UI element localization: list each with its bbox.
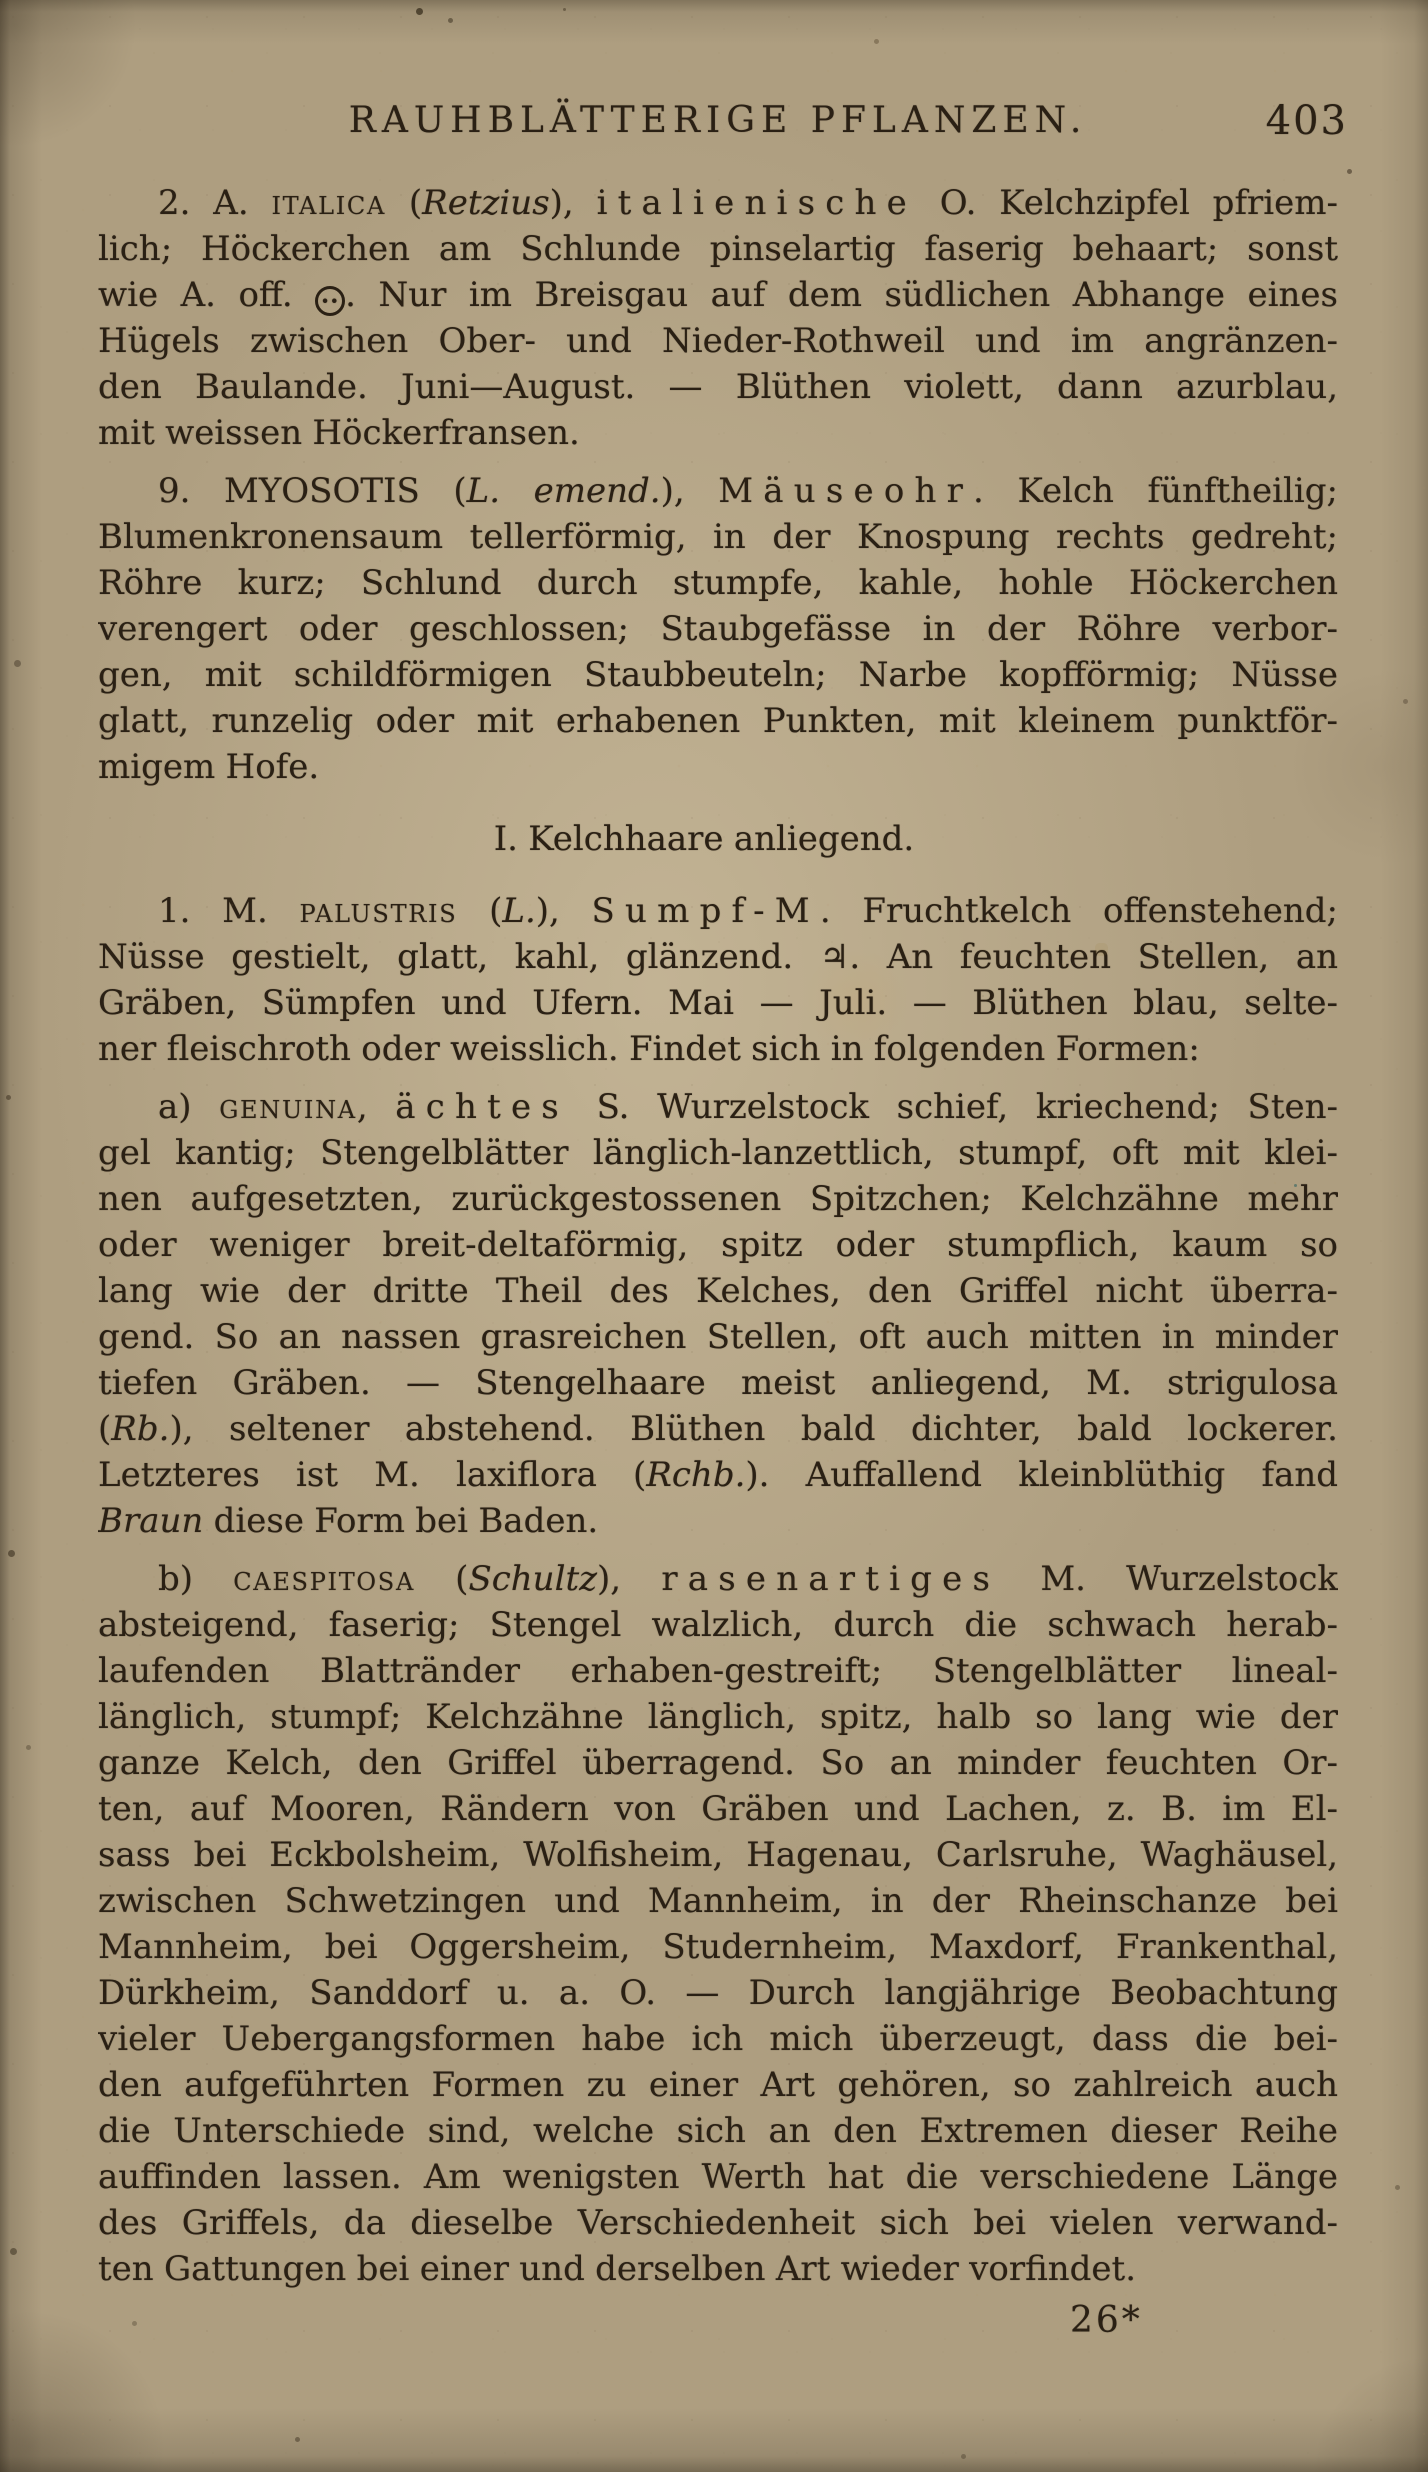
text-line: gend. So an nassen grasreichen Stellen, … — [98, 1314, 1338, 1360]
text-line: b) caespitosa (Schultz), rasenartiges M.… — [98, 1556, 1338, 1602]
text-line: lang wie der dritte Theil des Kelches, d… — [98, 1268, 1338, 1314]
text-line: 9. MYOSOTIS (L. emend.), Mäuseohr. Kelch… — [98, 468, 1338, 514]
text-line: 2. A. italica (Retzius), italienische O.… — [98, 180, 1338, 226]
text-line: länglich, stumpf; Kelchzähne länglich, s… — [98, 1694, 1338, 1740]
text-line: sass bei Eckbolsheim, Wolfisheim, Hagena… — [98, 1832, 1338, 1878]
text-line: (Rb.), seltener abstehend. Blüthen bald … — [98, 1406, 1338, 1452]
running-header-title: RAUHBLÄTTERIGE PFLANZEN. — [349, 100, 1088, 141]
text-line: auffinden lassen. Am wenigsten Werth hat… — [98, 2154, 1338, 2200]
text-line: a) genuina, ächtes S. Wurzelstock schief… — [98, 1084, 1338, 1130]
paper-specks — [0, 0, 3, 3]
text-line: des Griffels, da dieselbe Verschiedenhei… — [98, 2200, 1338, 2246]
text-line: mit weissen Höckerfransen. — [98, 410, 1338, 456]
signature-mark: 26* — [1070, 2298, 1338, 2344]
book-page: RAUHBLÄTTERIGE PFLANZEN. 403 2. A. itali… — [0, 0, 1428, 2472]
text-line: migem Hofe. — [98, 744, 1338, 790]
text-line: Braun diese Form bei Baden. — [98, 1498, 1338, 1544]
text-line: Letzteres ist M. laxiflora (Rchb.). Auff… — [98, 1452, 1338, 1498]
text-line: zwischen Schwetzingen und Mannheim, in d… — [98, 1878, 1338, 1924]
text-line: ten, auf Mooren, Rändern von Gräben und … — [98, 1786, 1338, 1832]
text-line: den Baulande. Juni—August. — Blüthen vio… — [98, 364, 1338, 410]
paragraph: 2. A. italica (Retzius), italienische O.… — [98, 180, 1338, 456]
text-line: Röhre kurz; Schlund durch stumpfe, kahle… — [98, 560, 1338, 606]
text-line: Hügels zwischen Ober- und Nieder-Rothwei… — [98, 318, 1338, 364]
text-line: absteigend, faserig; Stengel walzlich, d… — [98, 1602, 1338, 1648]
text-line: gen, mit schildförmigen Staubbeuteln; Na… — [98, 652, 1338, 698]
text-line: ten Gattungen bei einer und derselben Ar… — [98, 2246, 1338, 2292]
text-line: gel kantig; Stengelblätter länglich-lanz… — [98, 1130, 1338, 1176]
section-heading: I. Kelchhaare anliegend. — [84, 816, 1324, 862]
page-number: 403 — [1266, 98, 1348, 144]
text-line: Dürkheim, Sanddorf u. a. O. — Durch lang… — [98, 1970, 1338, 2016]
text-line: lich; Höckerchen am Schlunde pinselartig… — [98, 226, 1338, 272]
text-line: tiefen Gräben. — Stengelhaare meist anli… — [98, 1360, 1338, 1406]
annual-plant-symbol-icon: ·· — [315, 286, 345, 316]
paragraph: 1. M. palustris (L.), Sumpf-M. Fruchtkel… — [98, 888, 1338, 1072]
paragraph: a) genuina, ächtes S. Wurzelstock schief… — [98, 1084, 1338, 1544]
text-line: vieler Uebergangsformen habe ich mich üb… — [98, 2016, 1338, 2062]
text-line: ganze Kelch, den Griffel überragend. So … — [98, 1740, 1338, 1786]
running-header: RAUHBLÄTTERIGE PFLANZEN. 403 — [98, 100, 1338, 142]
text-line: Gräben, Sümpfen und Ufern. Mai — Juli. —… — [98, 980, 1338, 1026]
text-line: verengert oder geschlossen; Staubgefässe… — [98, 606, 1338, 652]
text-line: 1. M. palustris (L.), Sumpf-M. Fruchtkel… — [98, 888, 1338, 934]
text-line: oder weniger breit-deltaförmig, spitz od… — [98, 1222, 1338, 1268]
text-block: 2. A. italica (Retzius), italienische O.… — [98, 180, 1338, 2292]
text-line: Nüsse gestielt, glatt, kahl, glänzend. ♃… — [98, 934, 1338, 980]
text-line: laufenden Blattränder erhaben-gestreift;… — [98, 1648, 1338, 1694]
text-line: Mannheim, bei Oggersheim, Studernheim, M… — [98, 1924, 1338, 1970]
text-line: den aufgeführten Formen zu einer Art geh… — [98, 2062, 1338, 2108]
text-line: nen aufgesetzten, zurückgestossenen Spit… — [98, 1176, 1338, 1222]
text-column: 2. A. italica (Retzius), italienische O.… — [98, 180, 1338, 2344]
text-line: Blumenkronensaum tellerförmig, in der Kn… — [98, 514, 1338, 560]
paragraph: 9. MYOSOTIS (L. emend.), Mäuseohr. Kelch… — [98, 468, 1338, 790]
text-line: wie A. off. ··. Nur im Breisgau auf dem … — [98, 272, 1338, 318]
perennial-plant-symbol-icon: ♃ — [820, 937, 850, 976]
text-line: ner fleischroth oder weisslich. Findet s… — [98, 1026, 1338, 1072]
text-line: die Unterschiede sind, welche sich an de… — [98, 2108, 1338, 2154]
text-line: glatt, runzelig oder mit erhabenen Punkt… — [98, 698, 1338, 744]
paragraph: b) caespitosa (Schultz), rasenartiges M.… — [98, 1556, 1338, 2292]
